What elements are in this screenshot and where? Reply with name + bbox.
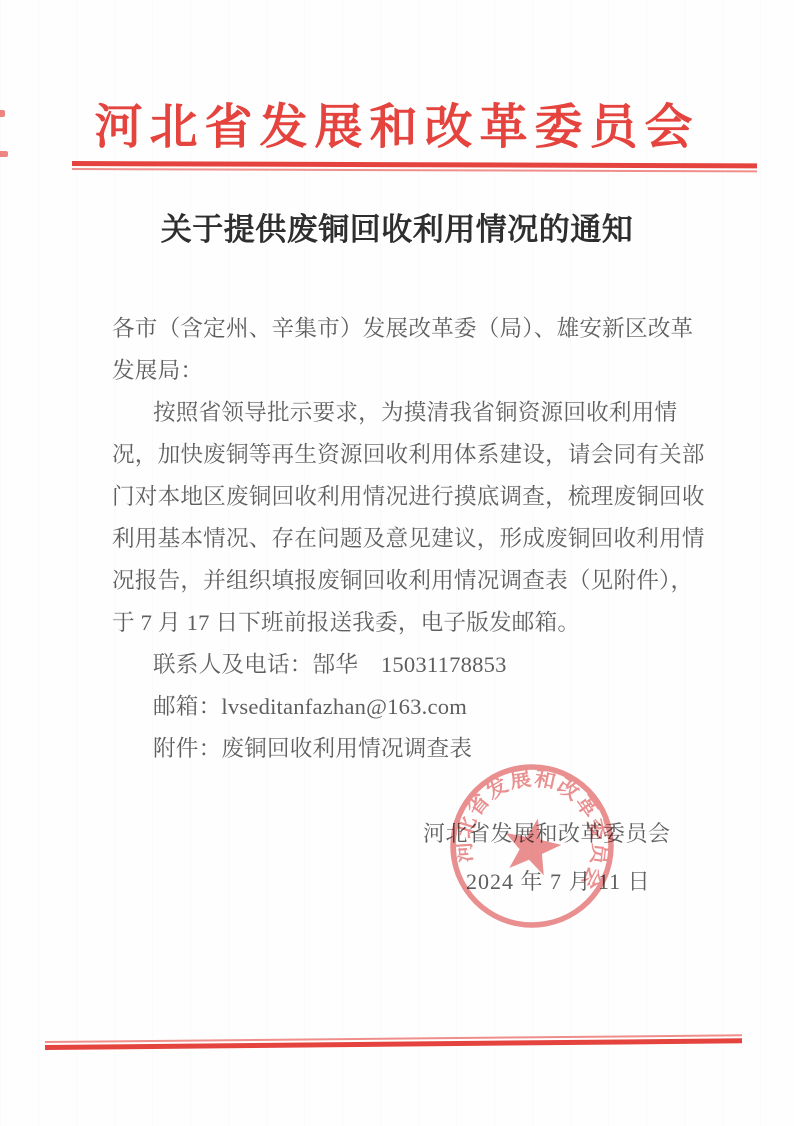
body-line-2: 况，加快废铜等再生资源回收利用体系建设，请会同有关部 (112, 434, 712, 476)
page-footer-rule (45, 1034, 742, 1049)
body-line-1: 按照省领导批示要求，为摸清我省铜资源回收利用情 (112, 392, 712, 434)
rule-thick-line (72, 161, 757, 168)
body-line-6: 于 7 月 17 日下班前报送我委，电子版发邮箱。 (112, 602, 712, 644)
body-line-3: 门对本地区废铜回收利用情况进行摸底调查，梳理废铜回收 (112, 476, 712, 518)
attachment-line: 附件：废铜回收利用情况调查表 (112, 728, 712, 770)
letterhead-org-name: 河北省发展和改革委员会 (0, 88, 794, 157)
email-line: 邮箱：lvseditanfazhan@163.com (112, 686, 712, 728)
notice-document-page: 河北省发展和改革委员会 关于提供废铜回收利用情况的通知 各市（含定州、辛集市）发… (0, 0, 794, 1126)
rule-thin-line (72, 168, 757, 172)
letterhead-divider-rule (72, 161, 757, 172)
body-line-5: 况报告，并组织填报废铜回收利用情况调查表（见附件）， (112, 560, 712, 602)
official-seal-stamp: 河北省发展和改革委员会 (442, 756, 622, 936)
body-line-4: 利用基本情况、存在问题及意见建议，形成废铜回收利用情 (112, 518, 712, 560)
notice-body: 各市（含定州、辛集市）发展改革委（局）、雄安新区改革 发展局： 按照省领导批示要… (112, 308, 712, 770)
notice-title: 关于提供废铜回收利用情况的通知 (0, 204, 794, 249)
seal-star-icon (499, 813, 566, 878)
contact-line: 联系人及电话：郜华 15031178853 (112, 644, 712, 686)
body-line-recipients: 各市（含定州、辛集市）发展改革委（局）、雄安新区改革 (112, 308, 712, 350)
body-line-recipients-2: 发展局： (112, 350, 712, 392)
